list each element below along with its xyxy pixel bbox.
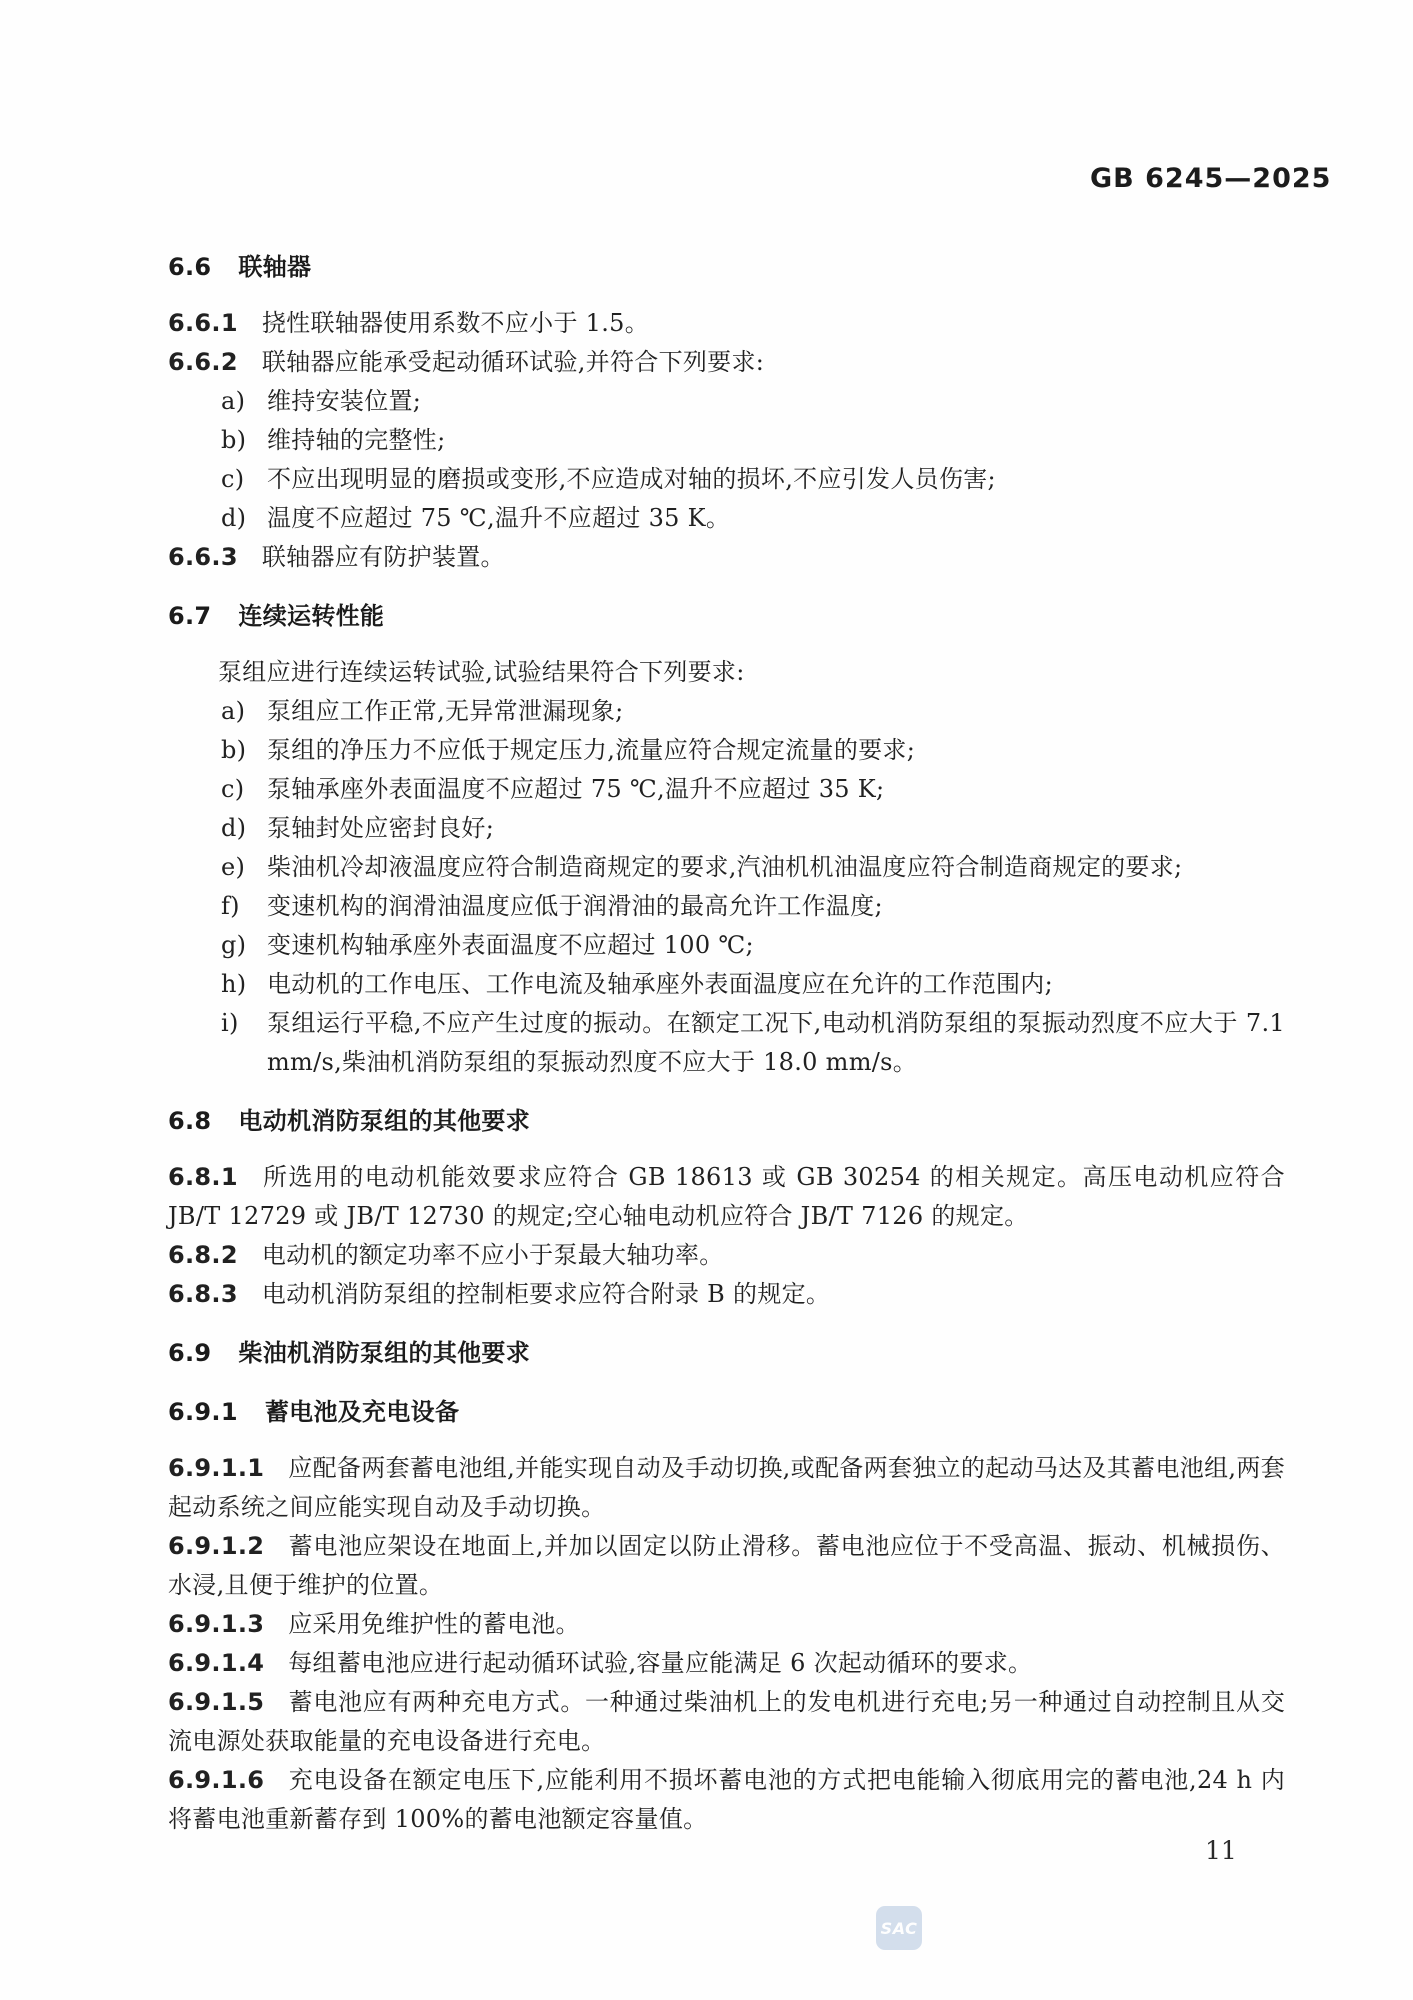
clause-text: 应采用免维护性的蓄电池。 xyxy=(288,1610,580,1638)
clause-text: 泵组应工作正常,无异常泄漏现象; xyxy=(267,697,624,725)
heading-text: 联轴器 xyxy=(238,253,311,281)
list-item-a: a)维持安装位置; xyxy=(168,382,1285,421)
list-item-label: h) xyxy=(221,965,246,1004)
clause-text: 电动机的工作电压、工作电流及轴承座外表面温度应在允许的工作范围内; xyxy=(267,970,1053,998)
clause-number: 6.6 xyxy=(168,253,211,281)
clause-text: 泵轴承座外表面温度不应超过 75 ℃,温升不应超过 35 K; xyxy=(267,775,884,803)
clause-6.9.1.5: 6.9.1.5蓄电池应有两种充电方式。一种通过柴油机上的发电机进行充电;另一种通… xyxy=(168,1683,1285,1761)
clause-text: 应配备两套蓄电池组,并能实现自动及手动切换,或配备两套独立的起动马达及其蓄电池组… xyxy=(168,1454,1285,1521)
clause-text: 电动机的额定功率不应小于泵最大轴功率。 xyxy=(262,1241,724,1269)
clause-text: 变速机构轴承座外表面温度不应超过 100 ℃; xyxy=(267,931,754,959)
heading-text: 连续运转性能 xyxy=(238,602,384,630)
list-item-label: c) xyxy=(221,460,244,499)
clause-text: 蓄电池应架设在地面上,并加以固定以防止滑移。蓄电池应位于不受高温、振动、机械损伤… xyxy=(168,1532,1285,1599)
clause-6.9.1.6: 6.9.1.6充电设备在额定电压下,应能利用不损坏蓄电池的方式把电能输入彻底用完… xyxy=(168,1761,1285,1839)
clause-number: 6.8.2 xyxy=(168,1241,238,1269)
list-item-label: i) xyxy=(221,1004,239,1043)
clause-number: 6.8 xyxy=(168,1107,211,1135)
standard-number-header: GB 6245—2025 xyxy=(1090,163,1331,194)
heading-text: 电动机消防泵组的其他要求 xyxy=(238,1107,530,1135)
clause-text: 联轴器应有防护装置。 xyxy=(262,543,505,571)
clause-6.8: 6.8电动机消防泵组的其他要求 xyxy=(168,1102,1285,1141)
clause-text: 挠性联轴器使用系数不应小于 1.5。 xyxy=(262,309,649,337)
clause-6.8.3: 6.8.3电动机消防泵组的控制柜要求应符合附录 B 的规定。 xyxy=(168,1275,1285,1314)
clause-6.6.1: 6.6.1挠性联轴器使用系数不应小于 1.5。 xyxy=(168,304,1285,343)
clause-6.9.1: 6.9.1蓄电池及充电设备 xyxy=(168,1393,1285,1432)
document-body: 6.6联轴器6.6.1挠性联轴器使用系数不应小于 1.5。6.6.2联轴器应能承… xyxy=(168,228,1285,1839)
clause-number: 6.9.1.5 xyxy=(168,1688,264,1716)
clause-6.9: 6.9柴油机消防泵组的其他要求 xyxy=(168,1334,1285,1373)
clause-number: 6.9 xyxy=(168,1339,211,1367)
clause-text: 维持轴的完整性; xyxy=(267,426,446,454)
paragraph: 泵组应进行连续运转试验,试验结果符合下列要求: xyxy=(168,653,1285,692)
list-item-label: c) xyxy=(221,770,244,809)
document-page: GB 6245—2025 6.6联轴器6.6.1挠性联轴器使用系数不应小于 1.… xyxy=(0,0,1413,2000)
clause-6.6.2: 6.6.2联轴器应能承受起动循环试验,并符合下列要求: xyxy=(168,343,1285,382)
clause-text: 泵组运行平稳,不应产生过度的振动。在额定工况下,电动机消防泵组的泵振动烈度不应大… xyxy=(267,1009,1285,1076)
page-number: 11 xyxy=(1205,1836,1237,1865)
clause-number: 6.9.1.3 xyxy=(168,1610,264,1638)
clause-6.9.1.3: 6.9.1.3应采用免维护性的蓄电池。 xyxy=(168,1605,1285,1644)
list-item-c: c)泵轴承座外表面温度不应超过 75 ℃,温升不应超过 35 K; xyxy=(168,770,1285,809)
clause-6.9.1.4: 6.9.1.4每组蓄电池应进行起动循环试验,容量应能满足 6 次起动循环的要求。 xyxy=(168,1644,1285,1683)
clause-number: 6.8.3 xyxy=(168,1280,238,1308)
clause-text: 所选用的电动机能效要求应符合 GB 18613 或 GB 30254 的相关规定… xyxy=(168,1163,1285,1230)
clause-number: 6.6.3 xyxy=(168,543,238,571)
list-item-label: b) xyxy=(221,731,246,770)
clause-number: 6.9.1 xyxy=(168,1398,238,1426)
list-item-label: a) xyxy=(221,692,245,731)
clause-text: 泵组应进行连续运转试验,试验结果符合下列要求: xyxy=(218,658,745,686)
clause-number: 6.9.1.2 xyxy=(168,1532,264,1560)
list-item-d: d)泵轴封处应密封良好; xyxy=(168,809,1285,848)
list-item-i: i)泵组运行平稳,不应产生过度的振动。在额定工况下,电动机消防泵组的泵振动烈度不… xyxy=(168,1004,1285,1082)
sac-watermark-label: SAC xyxy=(881,1919,918,1938)
clause-number: 6.6.1 xyxy=(168,309,238,337)
list-item-label: d) xyxy=(221,809,246,848)
heading-text: 蓄电池及充电设备 xyxy=(265,1398,459,1426)
clause-6.9.1.1: 6.9.1.1应配备两套蓄电池组,并能实现自动及手动切换,或配备两套独立的起动马… xyxy=(168,1449,1285,1527)
list-item-c: c)不应出现明显的磨损或变形,不应造成对轴的损坏,不应引发人员伤害; xyxy=(168,460,1285,499)
clause-text: 维持安装位置; xyxy=(267,387,421,415)
sac-watermark-icon: SAC xyxy=(876,1906,922,1950)
list-item-label: g) xyxy=(221,926,246,965)
clause-6.6.3: 6.6.3联轴器应有防护装置。 xyxy=(168,538,1285,577)
clause-text: 充电设备在额定电压下,应能利用不损坏蓄电池的方式把电能输入彻底用完的蓄电池,24… xyxy=(168,1766,1285,1833)
clause-6.6: 6.6联轴器 xyxy=(168,248,1285,287)
clause-number: 6.9.1.4 xyxy=(168,1649,264,1677)
list-item-label: b) xyxy=(221,421,246,460)
clause-number: 6.7 xyxy=(168,602,211,630)
list-item-g: g)变速机构轴承座外表面温度不应超过 100 ℃; xyxy=(168,926,1285,965)
heading-text: 柴油机消防泵组的其他要求 xyxy=(238,1339,530,1367)
clause-text: 联轴器应能承受起动循环试验,并符合下列要求: xyxy=(262,348,764,376)
list-item-e: e)柴油机冷却液温度应符合制造商规定的要求,汽油机机油温度应符合制造商规定的要求… xyxy=(168,848,1285,887)
clause-text: 温度不应超过 75 ℃,温升不应超过 35 K。 xyxy=(267,504,730,532)
clause-number: 6.9.1.1 xyxy=(168,1454,264,1482)
clause-number: 6.8.1 xyxy=(168,1163,238,1191)
clause-6.9.1.2: 6.9.1.2蓄电池应架设在地面上,并加以固定以防止滑移。蓄电池应位于不受高温、… xyxy=(168,1527,1285,1605)
list-item-b: b)维持轴的完整性; xyxy=(168,421,1285,460)
list-item-label: f) xyxy=(221,887,240,926)
list-item-f: f)变速机构的润滑油温度应低于润滑油的最高允许工作温度; xyxy=(168,887,1285,926)
clause-text: 蓄电池应有两种充电方式。一种通过柴油机上的发电机进行充电;另一种通过自动控制且从… xyxy=(168,1688,1285,1755)
list-item-d: d)温度不应超过 75 ℃,温升不应超过 35 K。 xyxy=(168,499,1285,538)
list-item-b: b)泵组的净压力不应低于规定压力,流量应符合规定流量的要求; xyxy=(168,731,1285,770)
clause-6.7: 6.7连续运转性能 xyxy=(168,597,1285,636)
clause-text: 变速机构的润滑油温度应低于润滑油的最高允许工作温度; xyxy=(267,892,883,920)
clause-text: 泵组的净压力不应低于规定压力,流量应符合规定流量的要求; xyxy=(267,736,915,764)
list-item-label: e) xyxy=(221,848,245,887)
clause-number: 6.6.2 xyxy=(168,348,238,376)
list-item-label: d) xyxy=(221,499,246,538)
list-item-label: a) xyxy=(221,382,245,421)
list-item-a: a)泵组应工作正常,无异常泄漏现象; xyxy=(168,692,1285,731)
clause-text: 每组蓄电池应进行起动循环试验,容量应能满足 6 次起动循环的要求。 xyxy=(288,1649,1032,1677)
list-item-h: h)电动机的工作电压、工作电流及轴承座外表面温度应在允许的工作范围内; xyxy=(168,965,1285,1004)
clause-text: 泵轴封处应密封良好; xyxy=(267,814,494,842)
clause-6.8.1: 6.8.1所选用的电动机能效要求应符合 GB 18613 或 GB 30254 … xyxy=(168,1158,1285,1236)
clause-text: 柴油机冷却液温度应符合制造商规定的要求,汽油机机油温度应符合制造商规定的要求; xyxy=(267,853,1182,881)
clause-number: 6.9.1.6 xyxy=(168,1766,264,1794)
clause-6.8.2: 6.8.2电动机的额定功率不应小于泵最大轴功率。 xyxy=(168,1236,1285,1275)
clause-text: 不应出现明显的磨损或变形,不应造成对轴的损坏,不应引发人员伤害; xyxy=(267,465,996,493)
clause-text: 电动机消防泵组的控制柜要求应符合附录 B 的规定。 xyxy=(262,1280,830,1308)
